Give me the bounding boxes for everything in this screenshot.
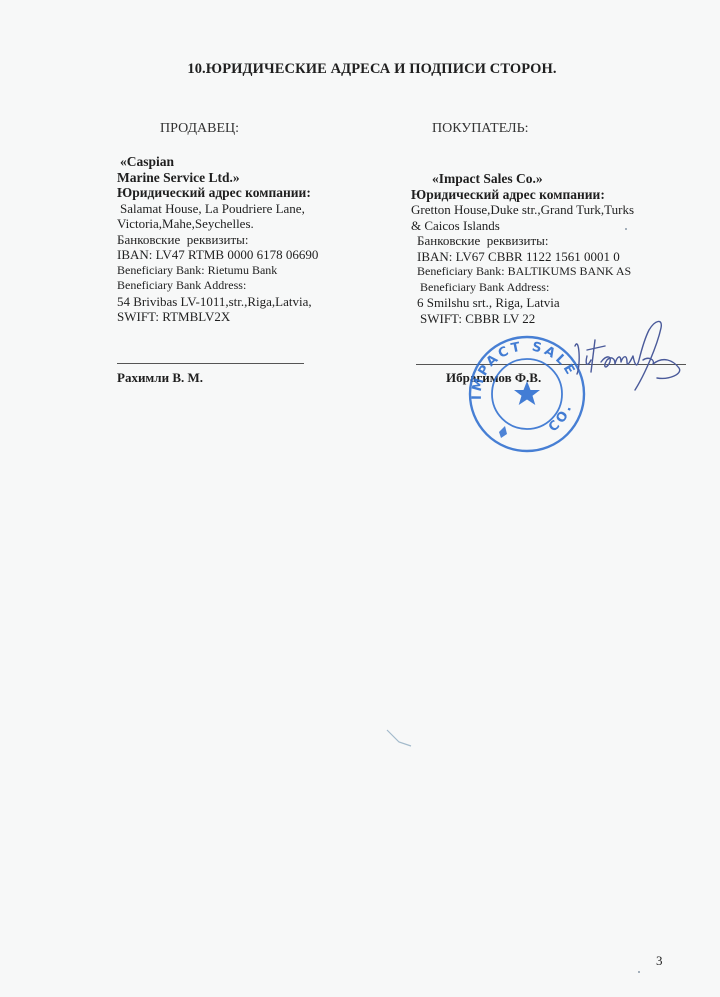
scan-speck	[625, 228, 627, 230]
seller-address-line1: Salamat House, La Poudriere Lane,	[117, 201, 318, 217]
seller-signatory: Рахимли В. М.	[117, 370, 203, 386]
buyer-legal-address-label: Юридический адрес компании:	[411, 187, 634, 203]
buyer-details: «Impact Sales Co.» Юридический адрес ком…	[411, 171, 634, 326]
buyer-address-line1: Gretton House,Duke str.,Grand Turk,Turks	[411, 202, 634, 218]
seller-bank-details-label: Банковские реквизиты:	[117, 232, 318, 248]
seller-swift: SWIFT: RTMBLV2X	[117, 309, 318, 325]
buyer-bank-address-label: Beneficiary Bank Address:	[411, 280, 634, 296]
buyer-signature	[565, 316, 695, 396]
buyer-iban: IBAN: LV67 CBBR 1122 1561 0001 0	[411, 249, 634, 265]
seller-bank-address: 54 Brivibas LV-1011,str.,Riga,Latvia,	[117, 294, 318, 310]
seller-beneficiary-bank: Beneficiary Bank: Rietumu Bank	[117, 263, 318, 279]
seller-role-heading: ПРОДАВЕЦ:	[160, 121, 239, 137]
page-number: 3	[656, 953, 663, 969]
buyer-address-line2: & Caicos Islands	[411, 218, 634, 234]
seller-company-line2: Marine Service Ltd.»	[117, 170, 318, 186]
scan-speck	[638, 971, 640, 973]
buyer-role-heading: ПОКУПАТЕЛЬ:	[432, 121, 529, 137]
diamond-icon	[499, 426, 507, 438]
section-title: 10.ЮРИДИЧЕСКИЕ АДРЕСА И ПОДПИСИ СТОРОН.	[0, 61, 720, 78]
buyer-company: «Impact Sales Co.»	[411, 171, 634, 187]
seller-bank-address-label: Beneficiary Bank Address:	[117, 278, 318, 294]
buyer-beneficiary-bank: Beneficiary Bank: BALTIKUMS BANK AS	[411, 264, 634, 280]
seller-iban: IBAN: LV47 RTMB 0000 6178 06690	[117, 247, 318, 263]
scan-mark	[385, 728, 415, 748]
seller-signature-line	[117, 363, 304, 364]
seller-address-line2: Victoria,Mahe,Seychelles.	[117, 216, 318, 232]
buyer-bank-details-label: Банковские реквизиты:	[411, 233, 634, 249]
seller-legal-address-label: Юридический адрес компании:	[117, 185, 318, 201]
star-icon	[514, 381, 540, 405]
buyer-bank-address: 6 Smilshu srt., Riga, Latvia	[411, 295, 634, 311]
seller-company-line1: «Caspian	[117, 154, 318, 170]
seller-details: «Caspian Marine Service Ltd.» Юридически…	[117, 154, 318, 325]
